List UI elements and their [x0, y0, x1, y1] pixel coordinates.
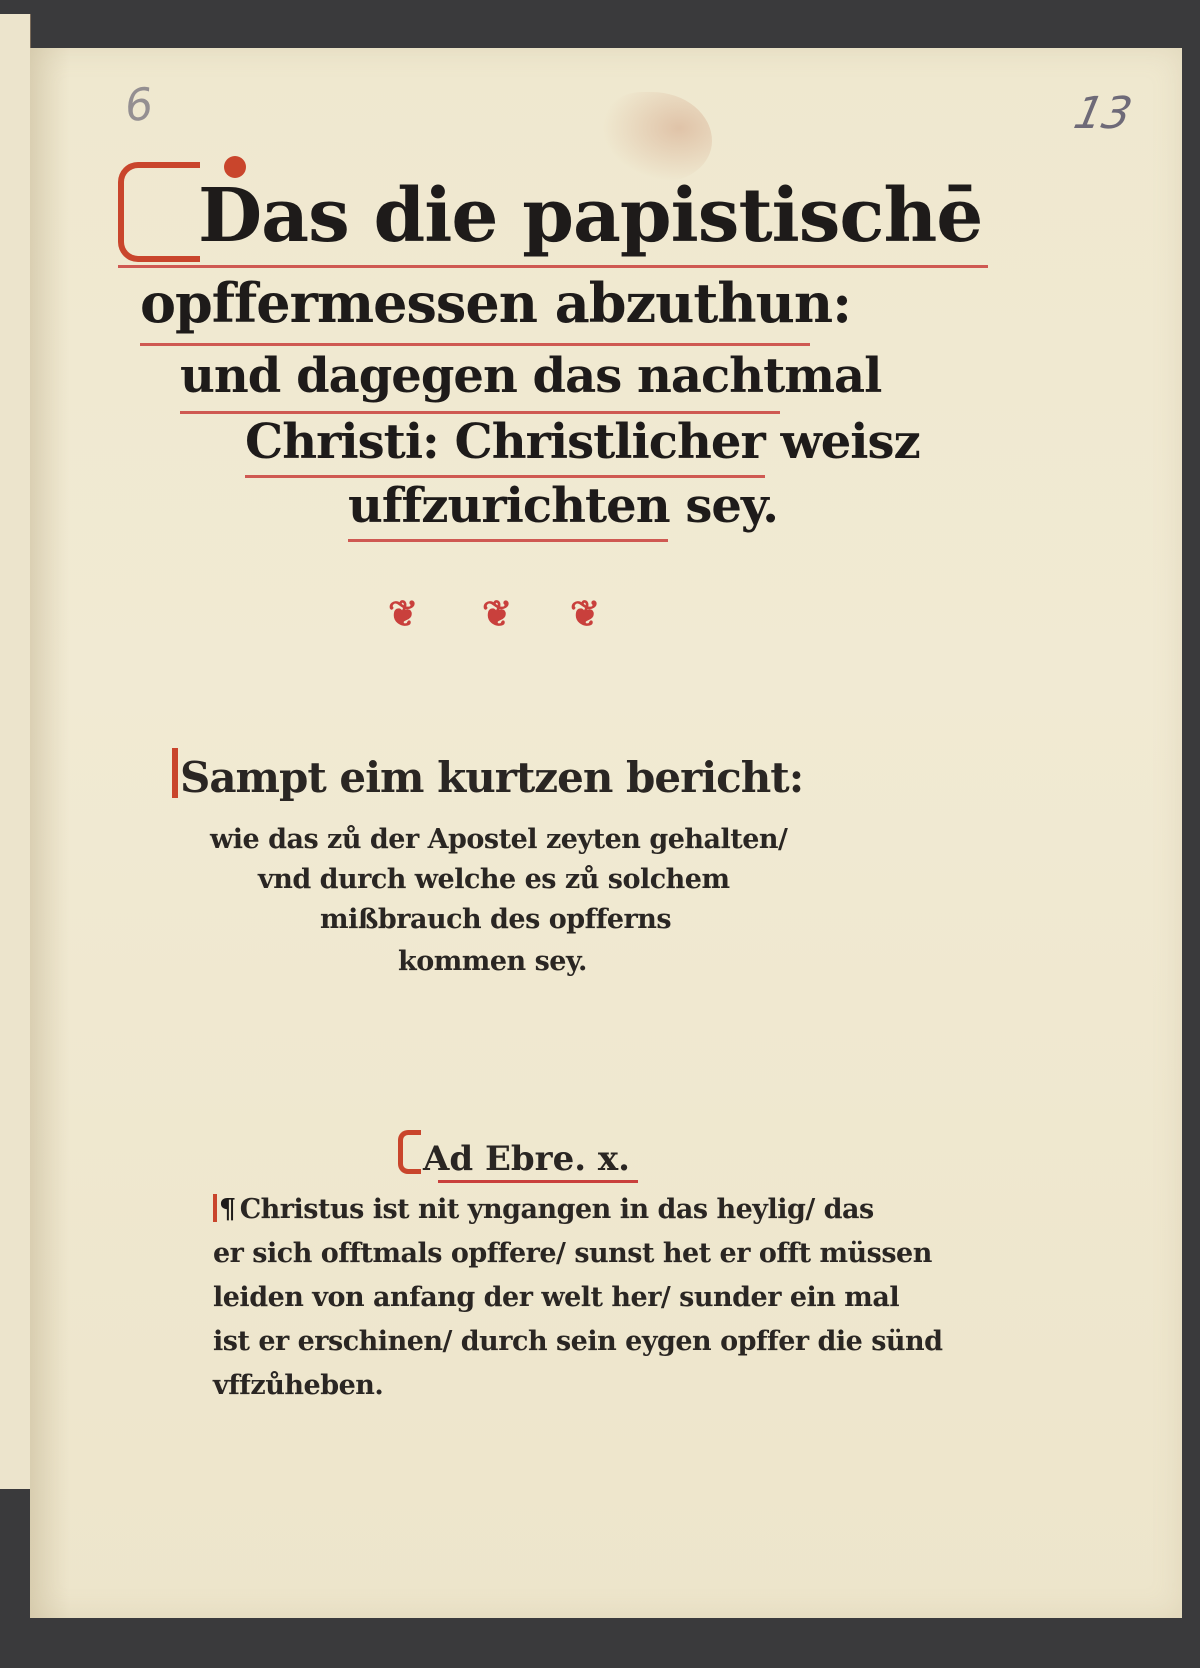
- title-line-1-text: Das die papistischē: [198, 173, 982, 259]
- subtitle-line: vnd durch welche es zů solchem: [258, 864, 730, 895]
- fleuron-ornament-icon: ❦: [570, 593, 600, 635]
- title-line-5: uffzurichten sey.: [348, 474, 668, 538]
- quotation-line: ist er erschinen/ durch sein eygen opffe…: [213, 1320, 933, 1364]
- subtitle-line: mißbrauch des opfferns: [320, 904, 671, 935]
- pencil-mark: 6: [122, 79, 155, 133]
- title-line-1: Das die papistischē: [118, 168, 988, 264]
- quotation-block: ¶Christus ist nit yngangen in das heylig…: [213, 1188, 933, 1408]
- title-line-4: Christi: Christlicher weisz: [245, 410, 765, 474]
- red-rule: [438, 1180, 638, 1183]
- title-page: 6 13 Das die papistischē opffermessen ab…: [30, 48, 1182, 1618]
- subtitle-line: wie das zů der Apostel zeyten gehalten/: [210, 824, 787, 855]
- subtitle-heading-text: Sampt eim kurtzen bericht:: [180, 753, 803, 802]
- subtitle-line: kommen sey.: [398, 946, 587, 977]
- quotation-line: vffzůheben.: [213, 1364, 933, 1408]
- folio-number: 13: [1070, 88, 1137, 139]
- quotation-line: leiden von anfang der welt her/ sunder e…: [213, 1276, 933, 1320]
- title-line-2-text: opffermessen abzuthun:: [140, 271, 851, 335]
- facing-page-edge: [0, 14, 31, 1489]
- title-line-5-text: uffzurichten sey.: [348, 478, 778, 534]
- subtitle-heading: Sampt eim kurtzen bericht:: [172, 748, 803, 802]
- title-line-3: und dagegen das nachtmal: [180, 342, 780, 410]
- fleuron-ornament-icon: ❦: [388, 593, 418, 635]
- title-line-3-text: und dagegen das nachtmal: [180, 348, 881, 404]
- red-rule: [348, 539, 668, 542]
- pilcrow-icon: ¶: [213, 1188, 236, 1232]
- quotation-line: er sich offtmals opffere/ sunst het er o…: [213, 1232, 933, 1276]
- red-initial-frame: [398, 1130, 421, 1174]
- quotation-line: ¶Christus ist nit yngangen in das heylig…: [213, 1188, 933, 1232]
- title-block: Das die papistischē opffermessen abzuthu…: [30, 168, 1182, 538]
- scripture-reference-text: Ad Ebre. x.: [423, 1139, 630, 1179]
- fleuron-ornament-icon: ❦: [482, 593, 512, 635]
- title-line-2: opffermessen abzuthun:: [140, 264, 810, 342]
- title-line-4-text: Christi: Christlicher weisz: [245, 414, 920, 470]
- red-initial-frame: [118, 162, 200, 262]
- quotation-line-text: Christus ist nit yngangen in das heylig/…: [240, 1194, 874, 1225]
- red-initial-stroke: [172, 748, 178, 798]
- scripture-reference: Ad Ebre. x.: [398, 1130, 630, 1179]
